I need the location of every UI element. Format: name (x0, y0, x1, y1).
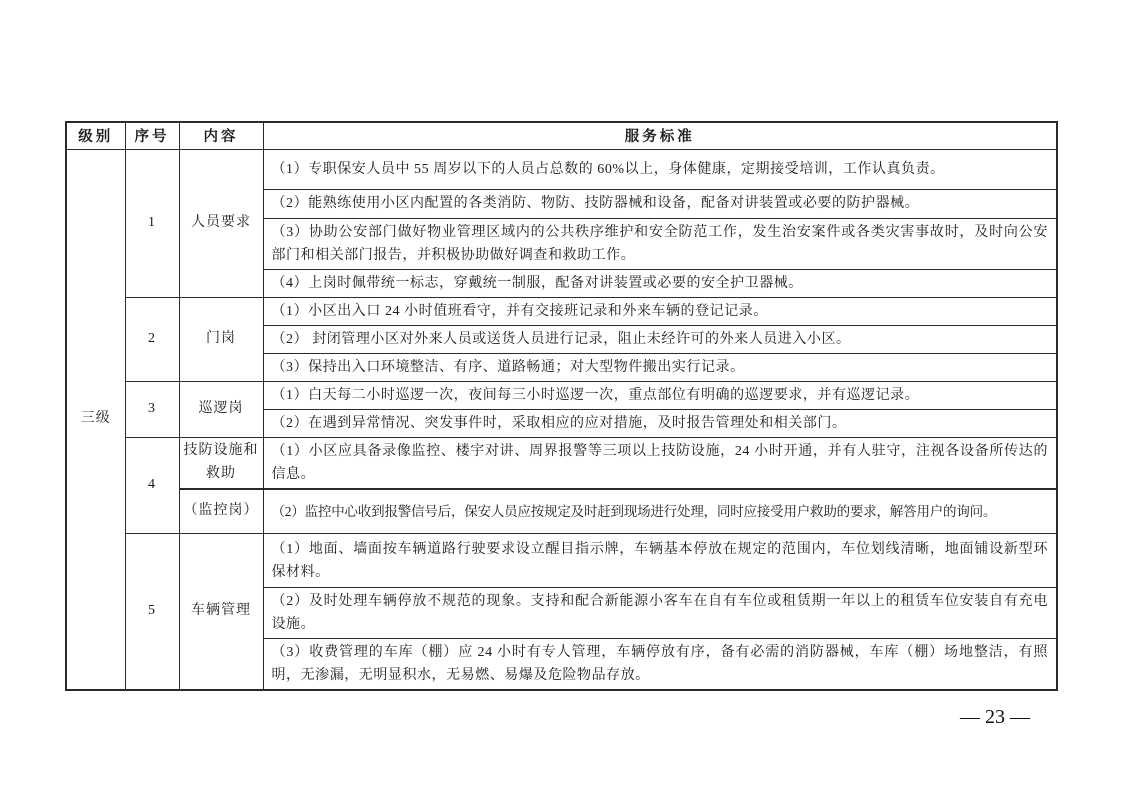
page-number: — 23 — (935, 706, 1055, 729)
cell-standard-1-1: （1）专职保安人员中 55 周岁以下的人员占总数的 60%以上，身体健康，定期接… (263, 149, 1057, 189)
cell-standard-1-3: （3）协助公安部门做好物业管理区域内的公共秩序维护和安全防范工作，发生治安案件或… (263, 218, 1057, 269)
cell-standard-4-1: （1）小区应具备录像监控、楼宇对讲、周界报警等三项以上技防设施，24 小时开通，… (263, 437, 1057, 489)
cell-standard-1-4: （4）上岗时佩带统一标志，穿戴统一制服，配备对讲装置或必要的安全护卫器械。 (263, 269, 1057, 297)
table-row: 2 门岗 （1）小区出入口 24 小时值班看守，并有交接班记录和外来车辆的登记记… (66, 297, 1057, 325)
cell-standard-5-2: （2）及时处理车辆停放不规范的现象。支持和配合新能源小客车在自有车位或租赁期一年… (263, 588, 1057, 639)
header-content: 内容 (179, 122, 263, 149)
table-row: 3 巡逻岗 （1）白天每二小时巡逻一次，夜间每三小时巡逻一次，重点部位有明确的巡… (66, 381, 1057, 409)
header-level: 级别 (66, 122, 125, 149)
cell-standard-3-2: （2）在遇到异常情况、突发事件时，采取相应的应对措施，及时报告管理处和相关部门。 (263, 409, 1057, 437)
cell-content-4-bottom: （监控岗） (179, 489, 263, 534)
table-row: 5 车辆管理 （1）地面、墙面按车辆道路行驶要求设立醒目指示牌，车辆基本停放在规… (66, 534, 1057, 588)
service-standards-table: 级别 序号 内容 服务标准 三级 1 人员要求 （1）专职保安人员中 55 周岁… (65, 121, 1058, 691)
cell-seq-1: 1 (125, 149, 179, 297)
table-row: 三级 1 人员要求 （1）专职保安人员中 55 周岁以下的人员占总数的 60%以… (66, 149, 1057, 189)
table-row: （监控岗） （2）监控中心收到报警信号后，保安人员应按规定及时赶到现场进行处理，… (66, 489, 1057, 534)
cell-seq-2: 2 (125, 297, 179, 381)
cell-standard-5-3: （3）收费管理的车库（棚）应 24 小时有专人管理，车辆停放有序，备有必需的消防… (263, 639, 1057, 691)
header-standard: 服务标准 (263, 122, 1057, 149)
cell-standard-1-2: （2）能熟练使用小区内配置的各类消防、物防、技防器械和设备，配备对讲装置或必要的… (263, 189, 1057, 218)
cell-standard-5-1: （1）地面、墙面按车辆道路行驶要求设立醒目指示牌，车辆基本停放在规定的范围内，车… (263, 534, 1057, 588)
cell-content-5: 车辆管理 (179, 534, 263, 691)
cell-content-2: 门岗 (179, 297, 263, 381)
table-row: 4 技防设施和 救助 （1）小区应具备录像监控、楼宇对讲、周界报警等三项以上技防… (66, 437, 1057, 489)
cell-standard-4-2: （2）监控中心收到报警信号后，保安人员应按规定及时赶到现场进行处理，同时应接受用… (263, 489, 1057, 534)
cell-seq-5: 5 (125, 534, 179, 691)
cell-level: 三级 (66, 149, 125, 690)
cell-content-4-top: 技防设施和 救助 (179, 437, 263, 489)
cell-seq-3: 3 (125, 381, 179, 437)
cell-content-1: 人员要求 (179, 149, 263, 297)
cell-content-3: 巡逻岗 (179, 381, 263, 437)
cell-standard-3-1: （1）白天每二小时巡逻一次，夜间每三小时巡逻一次，重点部位有明确的巡逻要求，并有… (263, 381, 1057, 409)
header-seq: 序号 (125, 122, 179, 149)
table-header-row: 级别 序号 内容 服务标准 (66, 122, 1057, 149)
document-page: 级别 序号 内容 服务标准 三级 1 人员要求 （1）专职保安人员中 55 周岁… (0, 0, 1122, 793)
cell-standard-2-3: （3）保持出入口环境整洁、有序、道路畅通；对大型物件搬出实行记录。 (263, 353, 1057, 381)
cell-seq-4: 4 (125, 437, 179, 534)
cell-standard-2-2: （2） 封闭管理小区对外来人员或送货人员进行记录，阻止未经许可的外来人员进入小区… (263, 325, 1057, 353)
cell-standard-2-1: （1）小区出入口 24 小时值班看守，并有交接班记录和外来车辆的登记记录。 (263, 297, 1057, 325)
